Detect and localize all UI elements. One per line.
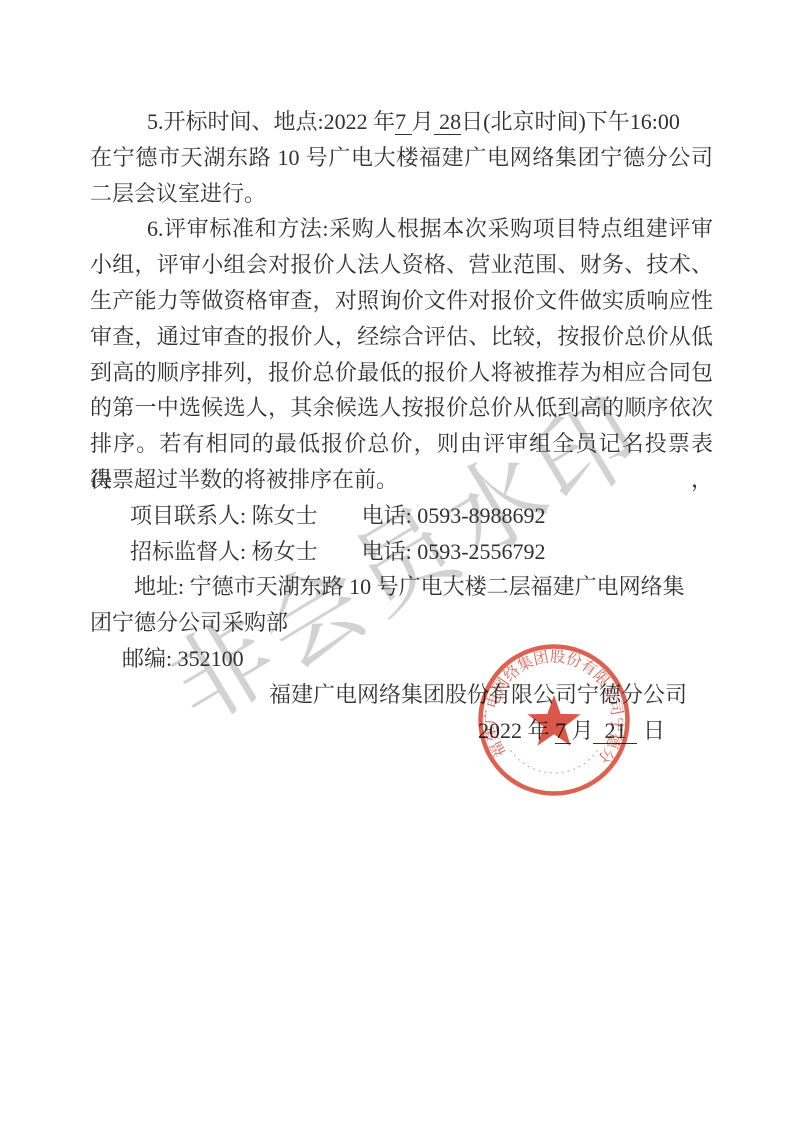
para6-line1: 6.评审标准和方法:采购人根据本次采购项目特点组建评审 bbox=[90, 211, 713, 247]
para6-line5: 到高的顺序排列，报价总价最低的报价人将被推荐为相应合同包 bbox=[90, 355, 713, 391]
para5-line2: 在宁德市天湖东路 10 号广电大楼福建广电网络集团宁德分公司 bbox=[90, 140, 713, 176]
address-line1: 地址: 宁德市天湖东路 10 号广电大楼二层福建广电网络集 bbox=[90, 569, 713, 605]
seal-rim-text: 福建广电网络集团股份有限公司宁德分公司 bbox=[475, 641, 626, 767]
para6-line7: 排序。若有相同的最低报价总价，则由评审组全员记名投票表决， bbox=[90, 426, 713, 462]
supervisor-contact-line: 招标监督人: 杨女士 电话: 0593-2556792 bbox=[90, 534, 713, 570]
bid-opening-day-value: 28 bbox=[434, 109, 462, 135]
para6-line3: 生产能力等做资格审查，对照询价文件对报价文件做实质响应性 bbox=[90, 283, 713, 319]
bid-opening-month-value: 7 bbox=[395, 109, 412, 135]
para5-line1-prefix: 5.开标时间、地点:2022 年 bbox=[147, 109, 395, 134]
signature-date-suffix: 日 bbox=[637, 718, 665, 743]
project-contact-line: 项目联系人: 陈女士 电话: 0593-8988692 bbox=[90, 498, 713, 534]
seal-bottom-marks: ·················· bbox=[506, 747, 602, 777]
para5-line1-suffix: 日(北京时间)下午16:00 bbox=[461, 109, 680, 134]
company-seal: 福建广电网络集团股份有限公司宁德分公司 ·················· bbox=[475, 641, 633, 799]
address-line2: 团宁德分公司采购部 bbox=[90, 605, 713, 641]
para5-line3: 二层会议室进行。 bbox=[90, 176, 713, 212]
para5-line1: 5.开标时间、地点:2022 年7 月 28日(北京时间)下午16:00 bbox=[90, 104, 713, 140]
para6-line2: 小组，评审小组会对报价人法人资格、营业范围、财务、技术、 bbox=[90, 247, 713, 283]
para5-line1-mid: 月 bbox=[412, 109, 434, 134]
para6-line4: 审查，通过审查的报价人，经综合评估、比较，按报价总价从低 bbox=[90, 319, 713, 355]
scanned-document-page: 非会员水印 5.开标时间、地点:2022 年7 月 28日(北京时间)下午16:… bbox=[0, 0, 793, 1121]
seal-star-icon bbox=[527, 695, 580, 746]
para6-line6: 的第一中选候选人，其余候选人按报价总价从低到高的顺序依次 bbox=[90, 390, 713, 426]
